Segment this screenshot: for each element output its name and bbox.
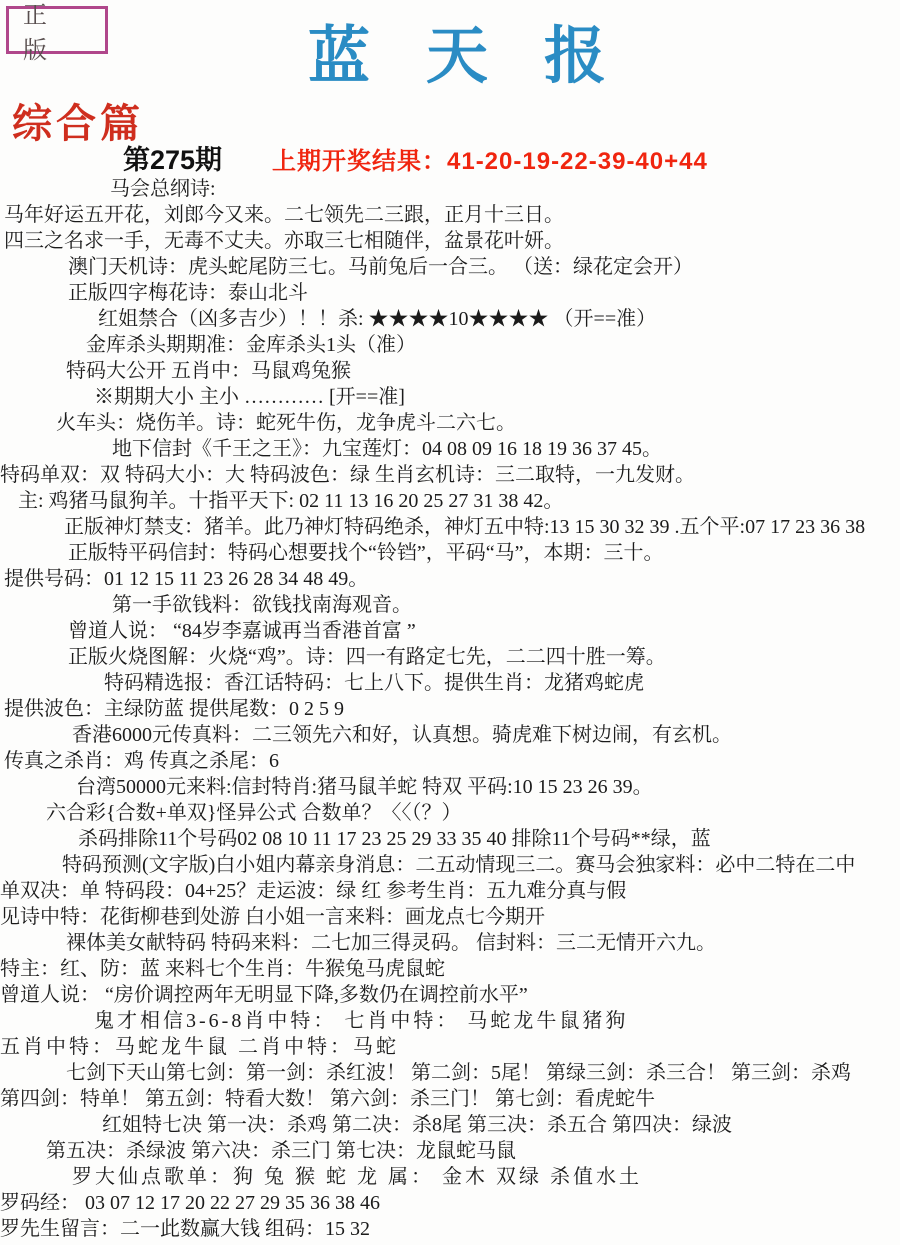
text-line: ※期期大小 主小 ………… [开==准] [0,384,900,410]
text-line: 罗先生留言：二一此数赢大钱 组码：15 32 [0,1216,900,1242]
text-line: 罗大仙点歌单：狗 兔 猴 蛇 龙 属： 金木 双绿 杀值水土 [0,1164,900,1190]
text-line: 七剑下天山第七剑：第一剑：杀红波！ 第二剑：5尾！ 第绿三剑：杀三合！ 第三剑：… [0,1060,900,1086]
text-line: 红姐特七决 第一决：杀鸡 第二决：杀8尾 第三决：杀五合 第四决：绿波 [0,1112,900,1138]
text-line: 见诗中特：花街柳巷到处游 白小姐一言来料：画龙点七今期开 [0,904,900,930]
body-text-lines: 马会总纲诗:马年好运五开花，刘郎今又来。二七领先二三跟，正月十三日。四三之名求一… [0,176,900,1242]
text-line: 传真之杀肖：鸡 传真之杀尾：6 [0,748,900,774]
text-line: 第四剑：特单！ 第五剑：特看大数！ 第六剑：杀三门！ 第七剑：看虎蛇牛 [0,1086,900,1112]
text-line: 正版特平码信封：特码心想要找个“铃铛”，平码“马”，本期：三十。 [0,540,900,566]
text-line: 罗码经： 03 07 12 17 20 22 27 29 35 36 38 46 [0,1190,900,1216]
text-line: 单双决：单 特码段：04+25？走运波：绿 红 参考生肖：五九难分真与假 [0,878,900,904]
text-line: 特码单双：双 特码大小：大 特码波色：绿 生肖玄机诗：三二取特，一九发财。 [0,462,900,488]
text-line: 马年好运五开花，刘郎今又来。二七领先二三跟，正月十三日。 [0,202,900,228]
text-line: 马会总纲诗: [0,176,900,202]
text-line: 曾道人说： “房价调控两年无明显下降,多数仍在调控前水平” [0,982,900,1008]
edition-badge-label: 正 版 [23,0,105,65]
text-line: 火车头：烧伤羊。诗：蛇死牛伤，龙争虎斗二六七。 [0,410,900,436]
text-line: 五肖中特：马蛇龙牛鼠 二肖中特：马蛇 [0,1034,900,1060]
text-line: 特码精选报：香江话特码：七上八下。提供生肖：龙猪鸡蛇虎 [0,670,900,696]
text-line: 特码大公开 五肖中：马鼠鸡兔猴 [0,358,900,384]
edition-badge: 正 版 [6,6,108,54]
text-line: 主: 鸡猪马鼠狗羊。十指平天下: 02 11 13 16 20 25 27 31… [0,488,900,514]
text-line: 特码预测(文字版)白小姐内幕亲身消息：二五动情现三二。赛马会独家料：必中二特在二… [0,852,900,878]
issue-row: 第275期 上期开奖结果：41-20-19-22-39-40+44 [0,136,900,168]
text-line: 正版火烧图解：火烧“鸡”。诗：四一有路定七先，二二四十胜一筹。 [0,644,900,670]
text-line: 金库杀头期期准：金库杀头1头（准） [0,332,900,358]
text-line: 提供波色：主绿防蓝 提供尾数：0 2 5 9 [0,696,900,722]
last-draw-result: 上期开奖结果：41-20-19-22-39-40+44 [272,141,708,176]
text-line: 正版神灯禁支：猪羊。此乃神灯特码绝杀，神灯五中特:13 15 30 32 39 … [0,514,900,540]
text-line: 六合彩{合数+单双}怪异公式 合数单？〈〈（？） [0,800,900,826]
text-line: 地下信封《千王之王》：九宝莲灯：04 08 09 16 18 19 36 37 … [0,436,900,462]
text-line: 鬼才相信3-6-8肖中特： 七肖中特： 马蛇龙牛鼠猪狗 [0,1008,900,1034]
text-line: 澳门天机诗：虎头蛇尾防三七。马前兔后一合三。 （送：绿花定会开） [0,254,900,280]
text-line: 四三之名求一手，无毒不丈夫。亦取三七相随伴，盆景花叶妍。 [0,228,900,254]
text-line: 第一手欲钱料：欲钱找南海观音。 [0,592,900,618]
newspaper-page: 正 版 蓝天报 综合篇 第275期 上期开奖结果：41-20-19-22-39-… [0,0,900,1245]
issue-number: 第275期 [123,138,222,177]
text-line: 曾道人说： “84岁李嘉诚再当香港首富 ” [0,618,900,644]
text-line: 正版四字梅花诗：泰山北斗 [0,280,900,306]
text-line: 第五决：杀绿波 第六决：杀三门 第七决：龙鼠蛇马鼠 [0,1138,900,1164]
text-line: 杀码排除11个号码02 08 10 11 17 23 25 29 33 35 4… [0,826,900,852]
text-line: 特主：红、防：蓝 来料七个生肖：牛猴兔马虎鼠蛇 [0,956,900,982]
text-line: 裸体美女献特码 特码来料：二七加三得灵码。 信封料：三二无情开六九。 [0,930,900,956]
page-title: 蓝天报 [308,6,662,95]
text-line: 香港6000元传真料：二三领先六和好，认真想。骑虎难下树边闹，有玄机。 [0,722,900,748]
text-line: 提供号码：01 12 15 11 23 26 28 34 48 49。 [0,566,900,592]
text-line: 红姐禁合（凶多吉少）！！杀: ★★★★10★★★★ （开==准） [0,306,900,332]
text-line: 台湾50000元来料:信封特肖:猪马鼠羊蛇 特双 平码:10 15 23 26 … [0,774,900,800]
